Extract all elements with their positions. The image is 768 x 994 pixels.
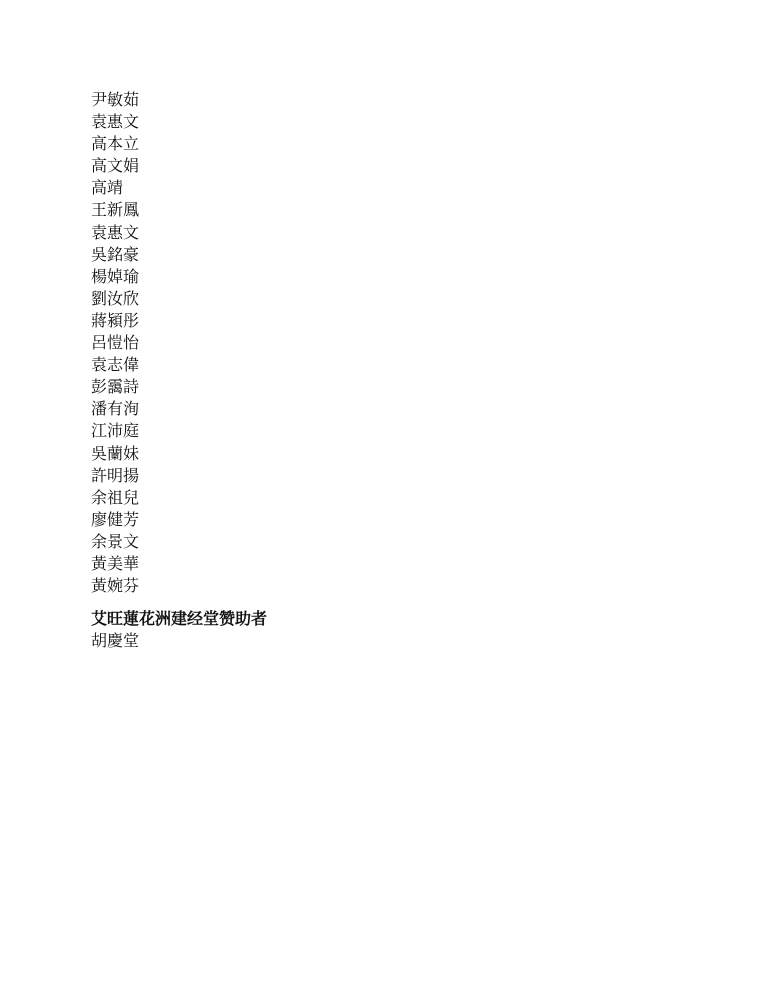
list-item: 袁志偉: [91, 354, 691, 376]
list-item: 黃美華: [91, 553, 691, 575]
list-item: 黃婉芬: [91, 575, 691, 597]
list-item: 吳蘭妹: [91, 443, 691, 465]
list-item: 尹敏茹: [91, 89, 691, 111]
name-list: 尹敏茹 袁惠文 高本立 高文娟 高靖 王新鳳 袁惠文 吳銘豪 楊婥瑜 劉汝欣 蔣…: [91, 89, 691, 597]
section-heading: 艾旺蓮花洲建经堂赞助者: [91, 608, 691, 630]
list-item: 呂愷怡: [91, 332, 691, 354]
list-item: 楊婥瑜: [91, 266, 691, 288]
list-item: 高本立: [91, 133, 691, 155]
list-item: 高靖: [91, 177, 691, 199]
list-item: 彭靄詩: [91, 376, 691, 398]
sponsor-list: 胡慶堂: [91, 630, 691, 652]
sponsor-section: 艾旺蓮花洲建经堂赞助者 胡慶堂: [91, 608, 691, 652]
list-item: 余祖兒: [91, 487, 691, 509]
list-item: 蔣潁彤: [91, 310, 691, 332]
list-item: 胡慶堂: [91, 630, 691, 652]
list-item: 余景文: [91, 531, 691, 553]
list-item: 廖健芳: [91, 509, 691, 531]
list-item: 吳銘豪: [91, 244, 691, 266]
list-item: 劉汝欣: [91, 288, 691, 310]
list-item: 高文娟: [91, 155, 691, 177]
list-item: 江沛庭: [91, 420, 691, 442]
list-item: 許明揚: [91, 465, 691, 487]
list-item: 潘有洵: [91, 398, 691, 420]
list-item: 袁惠文: [91, 111, 691, 133]
list-item: 袁惠文: [91, 222, 691, 244]
document-page: 尹敏茹 袁惠文 高本立 高文娟 高靖 王新鳳 袁惠文 吳銘豪 楊婥瑜 劉汝欣 蔣…: [91, 89, 691, 652]
list-item: 王新鳳: [91, 199, 691, 221]
